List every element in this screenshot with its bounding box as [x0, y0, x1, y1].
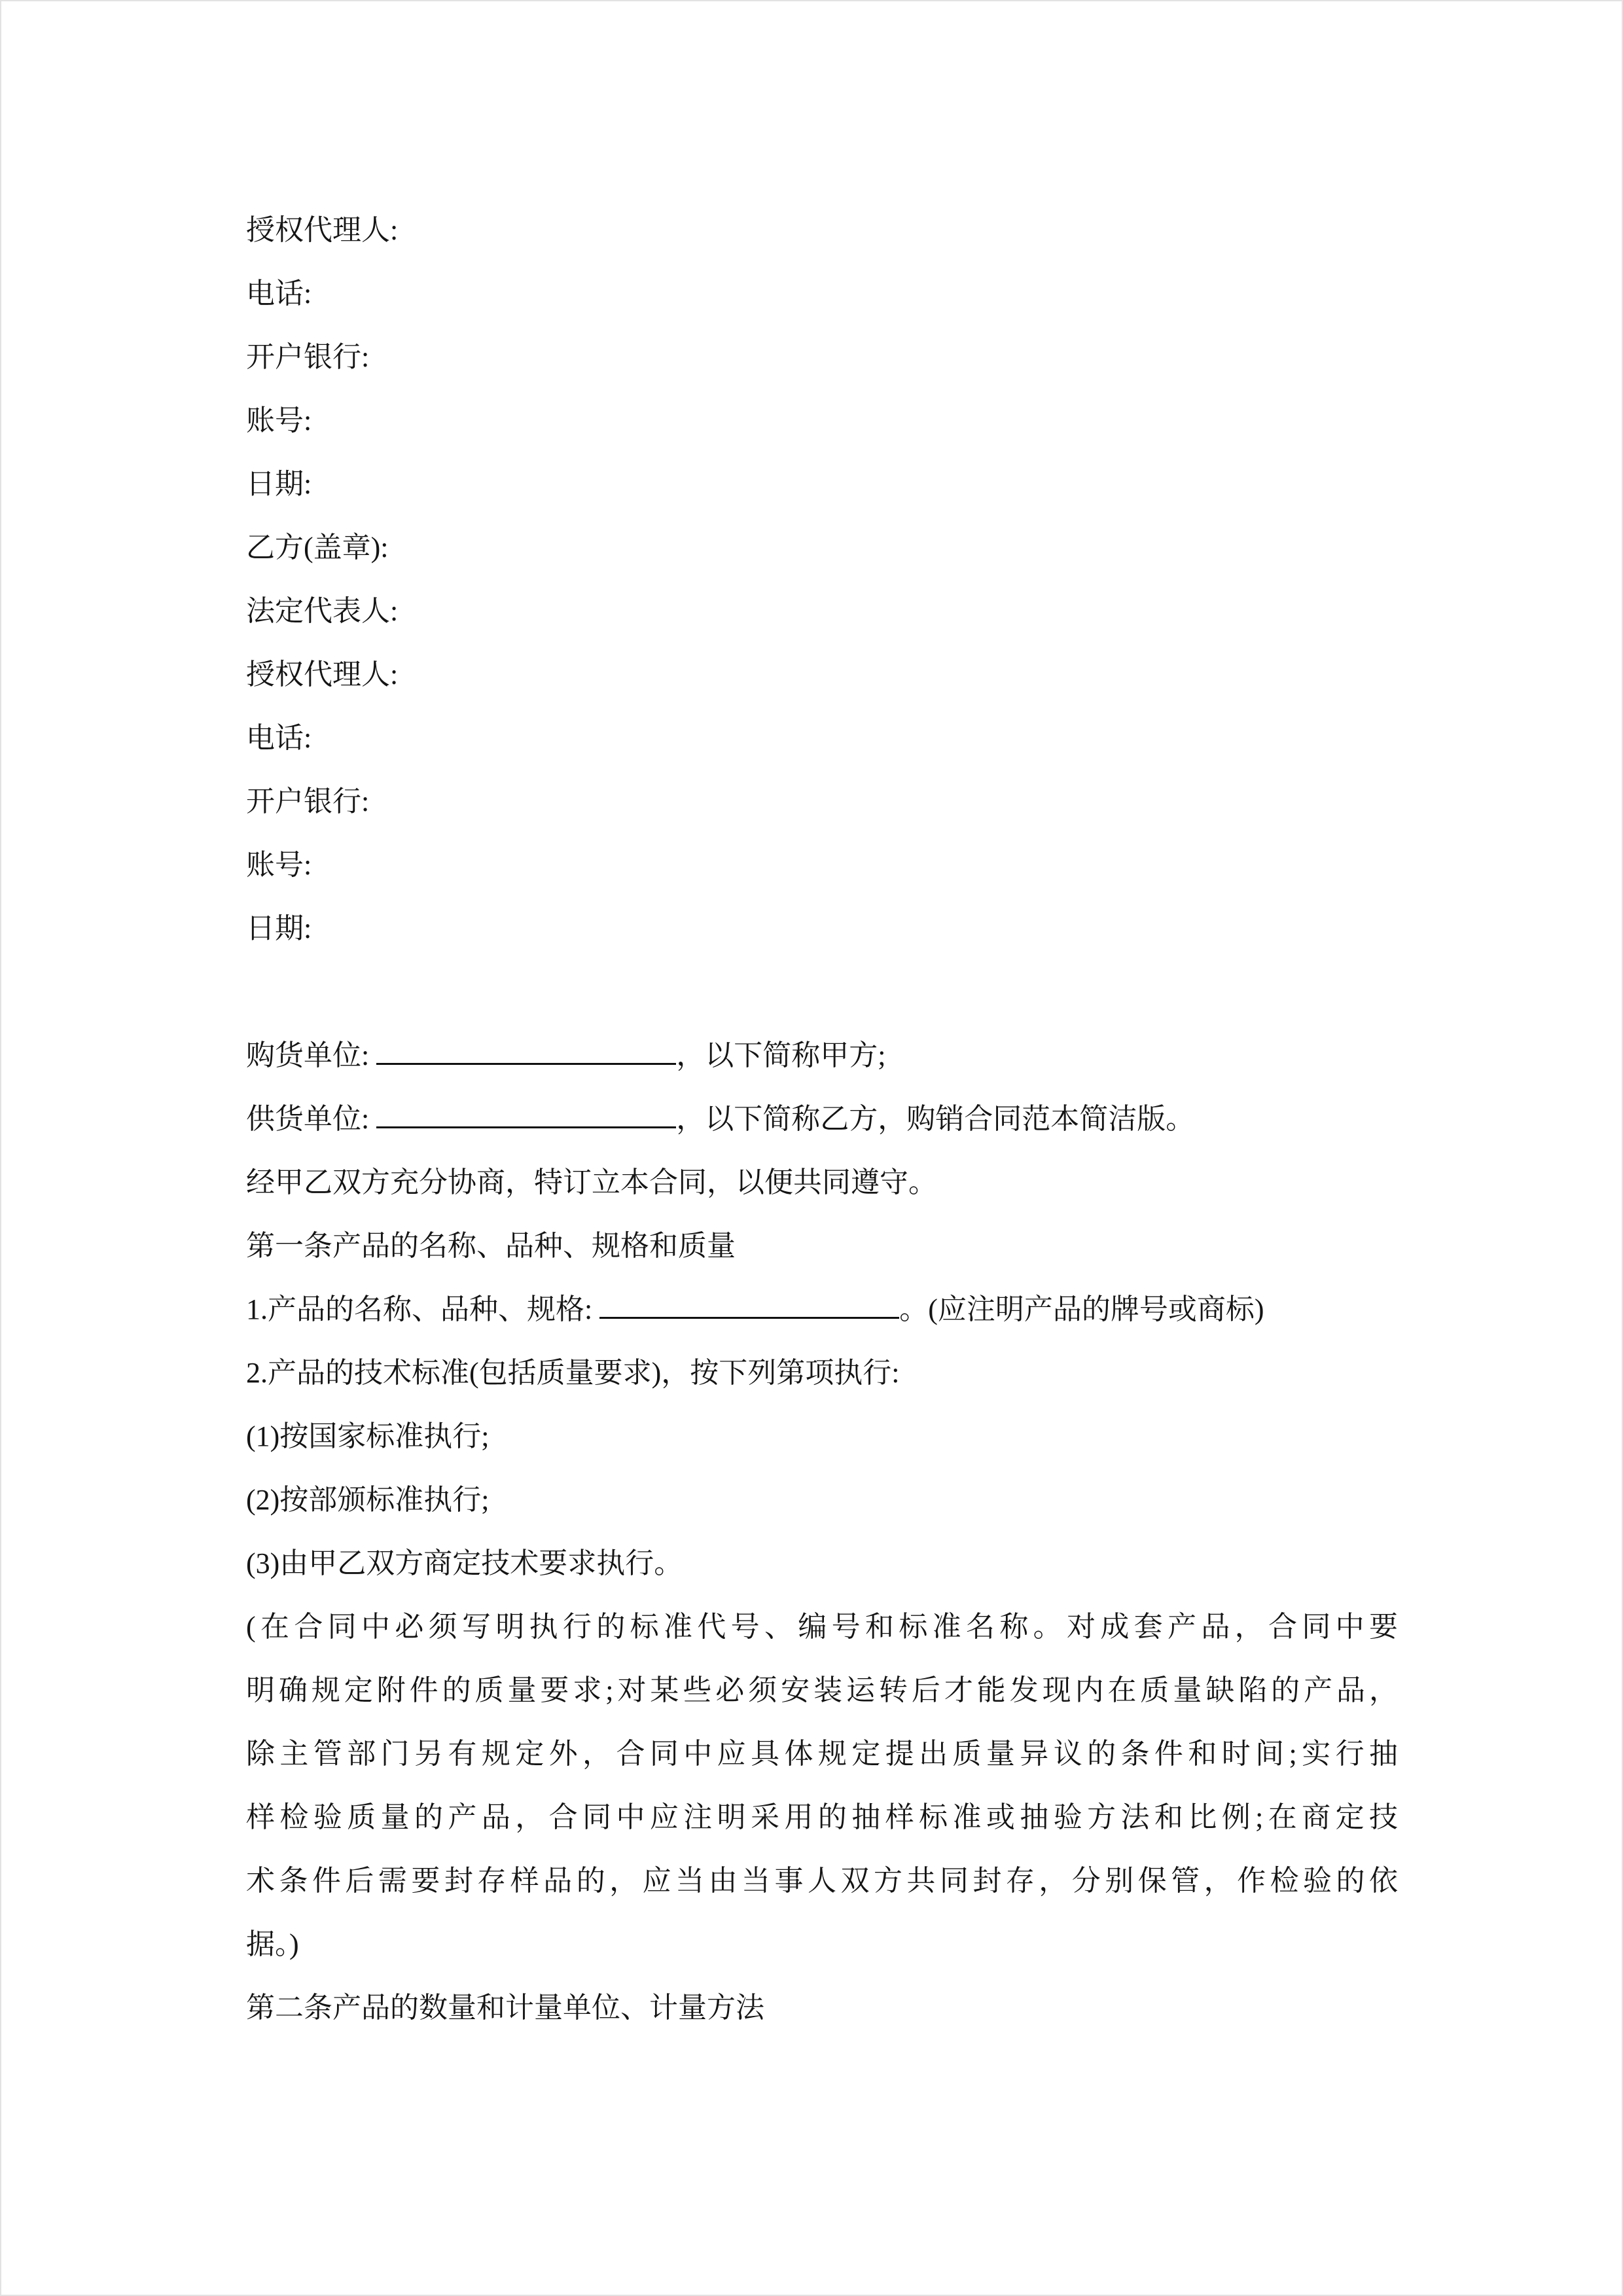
label-line-party-b-seal: 乙方(盖章):: [246, 516, 1398, 579]
clause-1-option-1: (1)按国家标准执行;: [246, 1405, 1398, 1468]
product-name-blank-underline: [599, 1288, 899, 1319]
clause-2-heading: 第二条产品的数量和计量单位、计量方法: [246, 1976, 1398, 2039]
fill-line-product-name: 1.产品的名称、品种、规格: 。(应注明产品的牌号或商标): [246, 1278, 1398, 1341]
note-paragraph-line: 明确规定附件的质量要求;对某些必须安装运转后才能发现内在质量缺陷的产品，: [246, 1659, 1398, 1722]
contract-document: 授权代理人: 电话: 开户银行: 账号: 日期: 乙方(盖章): 法定代表人: …: [246, 198, 1398, 2039]
fill-line-supplier-unit: 供货单位: ，以下简称乙方，购销合同范本简洁版。: [246, 1087, 1398, 1151]
note-paragraph-line: 术条件后需要封存样品的，应当由当事人双方共同封存，分别保管，作检验的依: [246, 1849, 1398, 1912]
clause-1-option-3: (3)由甲乙双方商定技术要求执行。: [246, 1532, 1398, 1595]
note-paragraph-line: 除主管部门另有规定外，合同中应具体规定提出质量异议的条件和时间;实行抽: [246, 1722, 1398, 1785]
label-line-phone: 电话:: [246, 706, 1398, 770]
label-line-account: 账号:: [246, 389, 1398, 452]
empty-spacer-line: [246, 960, 1398, 1024]
label-line-date: 日期:: [246, 452, 1398, 516]
buyer-unit-label: 购货单位:: [246, 1039, 376, 1071]
contract-page: 授权代理人: 电话: 开户银行: 账号: 日期: 乙方(盖章): 法定代表人: …: [0, 0, 1623, 2296]
product-name-suffix: 。(应注明产品的牌号或商标): [899, 1293, 1264, 1325]
buyer-unit-suffix: ，以下简称甲方;: [676, 1039, 885, 1071]
label-line-date: 日期:: [246, 897, 1398, 960]
clause-1-item-2: 2.产品的技术标准(包括质量要求)，按下列第项执行:: [246, 1341, 1398, 1405]
clause-1-heading: 第一条产品的名称、品种、规格和质量: [246, 1214, 1398, 1278]
label-line-account: 账号:: [246, 833, 1398, 897]
fill-line-buyer-unit: 购货单位: ，以下简称甲方;: [246, 1024, 1398, 1087]
supplier-unit-label: 供货单位:: [246, 1103, 376, 1135]
supplier-unit-suffix: ，以下简称乙方，购销合同范本简洁版。: [676, 1103, 1194, 1135]
label-line-authorized-agent: 授权代理人:: [246, 198, 1398, 262]
label-line-legal-representative: 法定代表人:: [246, 579, 1398, 643]
label-line-bank: 开户银行:: [246, 325, 1398, 389]
note-paragraph-line: 样检验质量的产品，合同中应注明采用的抽样标准或抽验方法和比例;在商定技: [246, 1785, 1398, 1849]
label-line-phone: 电话:: [246, 262, 1398, 325]
product-name-label: 1.产品的名称、品种、规格:: [246, 1293, 599, 1325]
buyer-unit-blank-underline: [376, 1034, 676, 1065]
supplier-unit-blank-underline: [376, 1098, 676, 1128]
label-line-authorized-agent: 授权代理人:: [246, 643, 1398, 706]
note-paragraph-end: 据。): [246, 1912, 1398, 1976]
label-line-bank: 开户银行:: [246, 770, 1398, 833]
note-paragraph-line: (在合同中必须写明执行的标准代号、编号和标准名称。对成套产品，合同中要: [246, 1595, 1398, 1659]
clause-1-option-2: (2)按部颁标准执行;: [246, 1468, 1398, 1532]
preamble-line: 经甲乙双方充分协商，特订立本合同，以便共同遵守。: [246, 1151, 1398, 1214]
